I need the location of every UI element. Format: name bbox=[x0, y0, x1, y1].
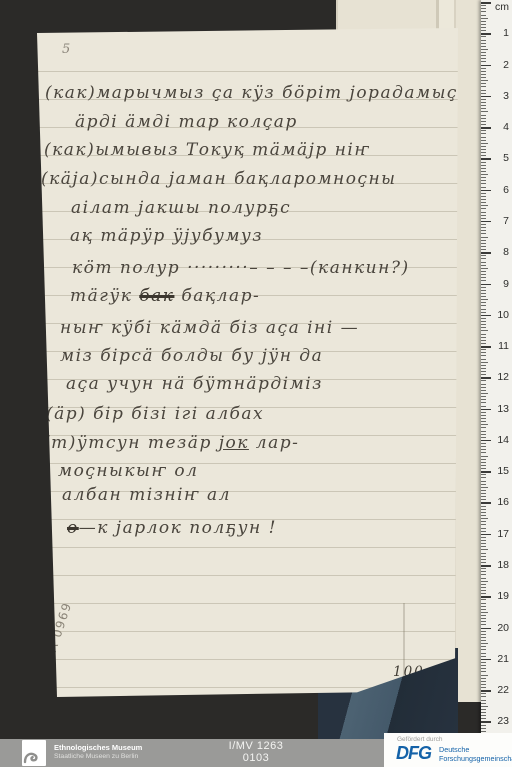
ruler-tick bbox=[481, 11, 486, 12]
ruler-tick bbox=[481, 193, 486, 194]
ruler-tick bbox=[481, 246, 486, 247]
ruler-tick bbox=[481, 565, 491, 567]
manuscript-line: (ӓр) бiр бiзi iгi албах bbox=[46, 404, 264, 424]
ruler-tick bbox=[481, 700, 486, 701]
funding-label: Gefördert durch bbox=[397, 736, 443, 743]
ruler-tick bbox=[481, 615, 486, 616]
ruler-tick bbox=[481, 415, 486, 416]
ruler-tick bbox=[481, 556, 486, 557]
ruler-tick bbox=[481, 15, 486, 16]
ruler-tick bbox=[481, 731, 486, 732]
manuscript-line: ақ тӓрӱр ӱjубумуз bbox=[70, 226, 263, 246]
ruler-tick bbox=[481, 77, 486, 78]
ruler-tick bbox=[481, 712, 486, 713]
ruler-tick bbox=[481, 662, 486, 663]
manuscript-line: ныҥ кӱбi кӓмдӓ бiз аҫа iнi — bbox=[60, 318, 359, 338]
ruler-tick bbox=[481, 628, 491, 630]
ruler-tick bbox=[481, 65, 491, 67]
ruler-tick bbox=[481, 96, 491, 98]
ruler-tick bbox=[481, 183, 486, 184]
ruler-tick bbox=[481, 537, 486, 538]
ruler-tick bbox=[481, 5, 486, 6]
ruler-tick bbox=[481, 2, 491, 4]
ruler-tick bbox=[481, 190, 491, 192]
ruler-number: 22 bbox=[497, 684, 509, 696]
ruler-tick bbox=[481, 36, 486, 37]
ruler-tick bbox=[481, 402, 486, 403]
manuscript-line: ӓрдi ӓмдi тар колҫар bbox=[75, 112, 298, 132]
ruler-tick bbox=[481, 46, 486, 47]
ruler-tick bbox=[481, 40, 486, 41]
ruler-tick bbox=[481, 359, 486, 360]
ruler-tick bbox=[481, 187, 486, 188]
ruler-number: 5 bbox=[503, 152, 509, 164]
manuscript-page: 5 (как)марычмыз ҫа кӱз бӧрiт jорадамыҫӓр… bbox=[37, 28, 458, 697]
ruler-tick bbox=[481, 653, 486, 654]
ruler-tick bbox=[481, 255, 486, 256]
ruler-tick bbox=[481, 330, 488, 331]
ruler-number: 2 bbox=[503, 59, 509, 71]
ruler-number: 7 bbox=[503, 215, 509, 227]
ruler-tick bbox=[481, 287, 486, 288]
ruler-tick bbox=[481, 258, 486, 259]
ruler-tick bbox=[481, 418, 486, 419]
ruler-tick bbox=[481, 706, 488, 707]
ruler-tick bbox=[481, 640, 486, 641]
ruler-tick bbox=[481, 318, 486, 319]
ruler-tick bbox=[481, 227, 486, 228]
ruler-tick bbox=[481, 462, 486, 463]
ruler-tick bbox=[481, 365, 486, 366]
ruler-tick bbox=[481, 118, 486, 119]
ruler-tick bbox=[481, 90, 486, 91]
ruler-tick bbox=[481, 603, 486, 604]
ruler-tick bbox=[481, 665, 486, 666]
ruler-tick bbox=[481, 140, 486, 141]
ruler-tick bbox=[481, 74, 486, 75]
ruler-tick bbox=[481, 355, 486, 356]
ruler-tick bbox=[481, 18, 488, 19]
ruler-tick bbox=[481, 390, 486, 391]
ruler-tick bbox=[481, 102, 486, 103]
manuscript-line: тӓгӱк бак бақлар- bbox=[70, 286, 260, 306]
ruler-tick bbox=[481, 271, 486, 272]
ruler-tick bbox=[481, 496, 486, 497]
ruler-tick bbox=[481, 490, 486, 491]
ruler-tick bbox=[481, 574, 486, 575]
ruler-tick bbox=[481, 30, 486, 31]
ruler-tick bbox=[481, 474, 486, 475]
ruler-tick bbox=[481, 55, 486, 56]
ruler-tick bbox=[481, 105, 486, 106]
dfg-logo: DFG bbox=[396, 743, 431, 764]
ruler-tick bbox=[481, 349, 486, 350]
ruler-tick bbox=[481, 327, 486, 328]
ruler-tick bbox=[481, 449, 486, 450]
ruler-tick bbox=[481, 377, 491, 379]
ruler-tick bbox=[481, 624, 486, 625]
ruler-tick bbox=[481, 387, 486, 388]
manuscript-line: (как)марычмыз ҫа кӱз бӧрiт jорадамыҫ bbox=[45, 83, 458, 103]
ruler-number: 8 bbox=[503, 246, 509, 258]
ruler-number: 9 bbox=[503, 278, 509, 290]
ruler-tick bbox=[481, 431, 486, 432]
ruler-tick bbox=[481, 71, 486, 72]
ruler-tick bbox=[481, 531, 486, 532]
ruler-tick bbox=[481, 562, 486, 563]
manuscript-line: албан тiзнiҥ ал bbox=[62, 485, 231, 505]
ruler-tick bbox=[481, 337, 486, 338]
ruler-tick bbox=[481, 149, 486, 150]
ruler-tick bbox=[481, 262, 486, 263]
ruler-tick bbox=[481, 343, 486, 344]
ruler-tick bbox=[481, 612, 488, 613]
ruler-number: 10 bbox=[497, 309, 509, 321]
ruler-tick bbox=[481, 352, 486, 353]
ruler-tick bbox=[481, 296, 486, 297]
ruler-tick bbox=[481, 578, 486, 579]
ruler-tick bbox=[481, 543, 486, 544]
ruler-tick bbox=[481, 725, 486, 726]
ruler-tick bbox=[481, 693, 486, 694]
manuscript-line: (как)ымывыз Токуқ тӓмӓjр нiҥ bbox=[44, 140, 370, 160]
ruler-tick bbox=[481, 321, 486, 322]
ruler-tick bbox=[481, 24, 486, 25]
ruler-tick bbox=[481, 484, 486, 485]
ruler-tick bbox=[481, 152, 486, 153]
ruler-tick bbox=[481, 709, 486, 710]
ruler-tick bbox=[481, 21, 486, 22]
ruler-tick bbox=[481, 678, 486, 679]
ruler-tick bbox=[481, 593, 486, 594]
ruler-tick bbox=[481, 681, 486, 682]
dfg-funding-box: Gefördert durch DFG Deutsche Forschungsg… bbox=[384, 733, 512, 767]
ruler-tick bbox=[481, 230, 486, 231]
ruler-tick bbox=[481, 446, 486, 447]
ruler-number: 18 bbox=[497, 559, 509, 571]
ruler-tick bbox=[481, 315, 491, 317]
ruler-number: 3 bbox=[503, 90, 509, 102]
ruler-tick bbox=[481, 224, 486, 225]
ruler-tick bbox=[481, 265, 486, 266]
ruler-tick bbox=[481, 277, 486, 278]
funder-name: Deutsche Forschungsgemeinschaft bbox=[439, 746, 512, 763]
ruler-tick bbox=[481, 621, 486, 622]
ruler-tick bbox=[481, 180, 486, 181]
ruler-tick bbox=[481, 212, 486, 213]
ruler-tick bbox=[481, 631, 486, 632]
ruler-tick bbox=[481, 443, 486, 444]
ruler-tick bbox=[481, 459, 486, 460]
funder-name-line2: Forschungsgemeinschaft bbox=[439, 755, 512, 764]
ruler-tick bbox=[481, 252, 491, 254]
ruler-number: 13 bbox=[497, 403, 509, 415]
ruler-tick bbox=[481, 121, 486, 122]
ruler-tick bbox=[481, 202, 486, 203]
ruler-tick bbox=[481, 284, 491, 286]
ruler-tick bbox=[481, 218, 486, 219]
ruler-tick bbox=[481, 208, 486, 209]
ruler-tick bbox=[481, 99, 486, 100]
ruler-tick bbox=[481, 384, 486, 385]
ruler-tick bbox=[481, 675, 488, 676]
ruler-tick bbox=[481, 493, 486, 494]
ruler-tick bbox=[481, 274, 486, 275]
ruler-number: 21 bbox=[497, 653, 509, 665]
ruler-tick bbox=[481, 506, 486, 507]
ruler-tick bbox=[481, 127, 491, 129]
ruler-tick bbox=[481, 52, 486, 53]
ruler-tick bbox=[481, 584, 486, 585]
ruler-tick bbox=[481, 524, 486, 525]
ruler-tick bbox=[481, 487, 488, 488]
ruler-tick bbox=[481, 718, 486, 719]
manuscript-line: кӧт полур ·········– – – –(канкин?) bbox=[72, 258, 410, 278]
ruler-tick bbox=[481, 249, 486, 250]
ruler-tick bbox=[481, 546, 486, 547]
ruler-tick bbox=[481, 728, 486, 729]
ruler-tick bbox=[481, 515, 486, 516]
manuscript-line: (кӓjа)сында jаман бақларомноҫны bbox=[41, 169, 397, 189]
ruler-tick bbox=[481, 559, 486, 560]
ruler-unit-label: cm bbox=[495, 1, 509, 13]
ruler-tick bbox=[481, 427, 486, 428]
ruler-tick bbox=[481, 61, 486, 62]
ruler-number: 11 bbox=[498, 340, 509, 352]
ruler-tick bbox=[481, 581, 488, 582]
ruler-tick bbox=[481, 599, 486, 600]
ruler-tick bbox=[481, 528, 486, 529]
ruler-tick bbox=[481, 696, 486, 697]
ruler-tick bbox=[481, 637, 486, 638]
ruler-tick bbox=[481, 396, 486, 397]
ruler-tick bbox=[481, 221, 491, 223]
ruler: cm 1234567891011121314151617181920212223 bbox=[481, 0, 512, 738]
ruler-tick bbox=[481, 609, 486, 610]
ruler-tick bbox=[481, 649, 486, 650]
ruler-tick bbox=[481, 324, 486, 325]
ruler-tick bbox=[481, 471, 491, 473]
ruler-tick bbox=[481, 406, 486, 407]
ruler-tick bbox=[481, 434, 486, 435]
ruler-tick bbox=[481, 124, 486, 125]
manuscript-line: аiлат jакшы полурҕс bbox=[71, 198, 291, 218]
ruler-tick bbox=[481, 58, 486, 59]
ruler-tick bbox=[481, 309, 486, 310]
ruler-tick bbox=[481, 380, 486, 381]
ruler-tick bbox=[481, 293, 486, 294]
ruler-number: 15 bbox=[497, 465, 509, 477]
ruler-tick bbox=[481, 534, 491, 536]
ruler-tick bbox=[481, 399, 486, 400]
ruler-tick bbox=[481, 371, 486, 372]
ruler-number: 16 bbox=[497, 496, 509, 508]
ruler-tick bbox=[481, 362, 488, 363]
manuscript-line: моҫныкыҥ ол bbox=[58, 461, 198, 481]
ruler-tick bbox=[481, 233, 486, 234]
ruler-tick bbox=[481, 409, 491, 411]
ruler-tick bbox=[481, 424, 488, 425]
manuscript-line: о—к jарлок полҕун ! bbox=[67, 518, 277, 538]
ruler-tick bbox=[481, 302, 486, 303]
ruler-tick bbox=[481, 646, 486, 647]
ruler-tick bbox=[481, 299, 488, 300]
ruler-tick bbox=[481, 237, 488, 238]
ruler-tick bbox=[481, 590, 486, 591]
ruler-tick bbox=[481, 368, 486, 369]
ruler-tick bbox=[481, 481, 486, 482]
ruler-tick bbox=[481, 137, 486, 138]
ruler-number: 6 bbox=[503, 184, 509, 196]
ruler-number: 20 bbox=[497, 622, 509, 634]
ruler-number: 19 bbox=[497, 590, 509, 602]
ruler-tick bbox=[481, 33, 491, 35]
ruler-number: 1 bbox=[503, 27, 509, 39]
ruler-tick bbox=[481, 374, 486, 375]
ruler-tick bbox=[481, 155, 486, 156]
ruler-tick bbox=[481, 440, 491, 442]
ruler-tick bbox=[481, 502, 491, 504]
ruler-tick bbox=[481, 465, 486, 466]
ruler-tick bbox=[481, 68, 486, 69]
ruler-tick bbox=[481, 634, 486, 635]
ruler-tick bbox=[481, 715, 486, 716]
ruler-tick bbox=[481, 305, 486, 306]
ruler-tick bbox=[481, 27, 486, 28]
ruler-number: 4 bbox=[503, 121, 509, 133]
ruler-tick bbox=[481, 553, 486, 554]
ruler-tick bbox=[481, 571, 486, 572]
ruler-tick bbox=[481, 568, 486, 569]
ruler-tick bbox=[481, 158, 491, 160]
ruler-tick bbox=[481, 8, 486, 9]
ruler-tick bbox=[481, 549, 488, 550]
manuscript-line: аҫа учун нӓ бӱтнӓрдiмiз bbox=[66, 374, 323, 394]
ruler-tick bbox=[481, 687, 486, 688]
ruler-tick bbox=[481, 108, 486, 109]
ruler-tick bbox=[481, 165, 486, 166]
ruler-number: 12 bbox=[497, 371, 509, 383]
ruler-tick bbox=[481, 340, 486, 341]
ruler-tick bbox=[481, 240, 486, 241]
ruler-tick bbox=[481, 83, 486, 84]
manuscript-line: мiз бiрсӓ болды бу jӱн да bbox=[60, 346, 323, 366]
ruler-tick bbox=[481, 668, 486, 669]
ruler-tick bbox=[481, 86, 486, 87]
ruler-tick bbox=[481, 280, 486, 281]
ruler-tick bbox=[481, 334, 486, 335]
ruler-tick bbox=[481, 215, 486, 216]
ruler-tick bbox=[481, 456, 488, 457]
ruler-tick bbox=[481, 93, 486, 94]
ruler-tick bbox=[481, 43, 486, 44]
ruler-tick bbox=[481, 171, 486, 172]
ruler-tick bbox=[481, 162, 486, 163]
ruler-tick bbox=[481, 468, 486, 469]
ruler-tick bbox=[481, 659, 491, 661]
ruler-tick bbox=[481, 111, 488, 112]
ruler-tick bbox=[481, 412, 486, 413]
ruler-tick bbox=[481, 540, 486, 541]
ruler-number: 14 bbox=[497, 434, 509, 446]
ruler-tick bbox=[481, 243, 486, 244]
ruler-tick bbox=[481, 596, 491, 598]
ruler-tick bbox=[481, 393, 488, 394]
ruler-tick bbox=[481, 512, 486, 513]
ruler-tick bbox=[481, 671, 486, 672]
ruler-tick bbox=[481, 143, 488, 144]
ruler-tick bbox=[481, 168, 486, 169]
manuscript-line: (т)ӱтсун тезӓр jок лар- bbox=[43, 433, 299, 453]
footer-bar: Ethnologisches Museum Staatliche Museen … bbox=[0, 739, 512, 767]
ruler-tick bbox=[481, 721, 491, 723]
ruler-tick bbox=[481, 656, 486, 657]
ruler-tick bbox=[481, 703, 486, 704]
ruler-tick bbox=[481, 268, 488, 269]
ruler-tick bbox=[481, 49, 488, 50]
ruler-tick bbox=[481, 509, 486, 510]
ruler-tick bbox=[481, 518, 488, 519]
ruler-tick bbox=[481, 177, 486, 178]
archive-stamp: 1A 0969 bbox=[42, 600, 74, 662]
ruler-tick bbox=[481, 437, 486, 438]
ruler-tick bbox=[481, 606, 486, 607]
ruler-tick bbox=[481, 115, 486, 116]
ruler-tick bbox=[481, 346, 491, 348]
ruler-tick bbox=[481, 421, 486, 422]
ruler-tick bbox=[481, 199, 486, 200]
ruler-tick bbox=[481, 521, 486, 522]
ruler-tick bbox=[481, 587, 486, 588]
ruler-tick bbox=[481, 499, 486, 500]
ruler-number: 17 bbox=[497, 528, 509, 540]
ruler-tick bbox=[481, 205, 488, 206]
ruler-tick bbox=[481, 477, 486, 478]
ruler-tick bbox=[481, 684, 486, 685]
ruler-tick bbox=[481, 130, 486, 131]
ruler-tick bbox=[481, 643, 488, 644]
photo-mat: JudagdeWouTübeaVohleuasmwondWlCamsUlkaна… bbox=[0, 0, 512, 767]
ruler-number: 23 bbox=[497, 715, 509, 727]
ruler-tick bbox=[481, 290, 486, 291]
ruler-tick bbox=[481, 452, 486, 453]
ruler-tick bbox=[481, 618, 486, 619]
ruler-tick bbox=[481, 690, 491, 692]
ruler-tick bbox=[481, 146, 486, 147]
ruler-tick bbox=[481, 174, 488, 175]
page-number: 5 bbox=[62, 42, 70, 57]
ruler-tick bbox=[481, 312, 486, 313]
ruler-tick bbox=[481, 80, 488, 81]
ruler-tick bbox=[481, 133, 486, 134]
ruler-tick bbox=[481, 196, 486, 197]
